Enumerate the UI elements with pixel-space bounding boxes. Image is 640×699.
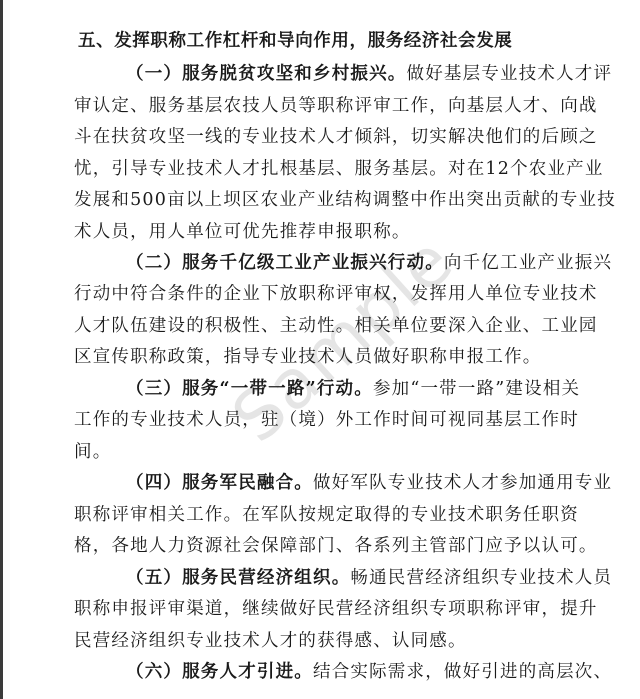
paragraph-2-line-1: 向千亿工业产业振兴 [444,253,612,273]
paragraph-6-first-line: （六）服务人才引进。结合实际需求，做好引进的高层次、 [126,662,612,682]
paragraph-4-line-3: 格，各地人力资源社会保障部门、各系列主管部门应予以认可。 [74,536,598,556]
paragraph-3-label: （三）服务“一带一路”行动。 [126,379,373,399]
paragraph-6-line-1: 结合实际需求，做好引进的高层次、 [313,662,612,682]
paragraph-4-line-1: 做好军队专业技术人才参加通用专业 [313,473,612,493]
paragraph-1-line-1: 做好基层专业技术人才评 [407,64,613,84]
paragraph-2-line-2: 行动中符合条件的企业下放职称评审权，发挥用人单位专业技术 [74,284,598,304]
paragraph-1-line-4: 忧，引导专业技术人才扎根基层、服务基层。对在12个农业产业 [74,159,604,179]
paragraph-5-line-1: 畅通民营经济组织专业技术人员 [350,568,612,588]
page-left-border [0,0,3,699]
paragraph-1-line-3: 斗在扶贫攻坚一线的专业技术人才倾斜，切实解决他们的后顾之 [74,127,598,147]
paragraph-3-line-2: 工作的专业技术人员，驻（境）外工作时间可视同基层工作时 [74,410,579,430]
paragraph-2-first-line: （二）服务千亿级工业产业振兴行动。向千亿工业产业振兴 [126,253,612,273]
paragraph-4-first-line: （四）服务军民融合。做好军队专业技术人才参加通用专业 [126,473,612,493]
paragraph-4-line-2: 职称评审相关工作。在军队按规定取得的专业技术职务任职资 [74,505,579,525]
paragraph-5-line-2: 职称申报评审渠道，继续做好民营经济组织专项职称评审，提升 [74,599,598,619]
paragraph-2-label: （二）服务千亿级工业产业振兴行动。 [126,253,444,273]
paragraph-1-first-line: （一）服务脱贫攻坚和乡村振兴。做好基层专业技术人才评 [126,64,612,84]
paragraph-4-label: （四）服务军民融合。 [126,473,313,493]
paragraph-6-label: （六）服务人才引进。 [126,662,313,682]
paragraph-5-first-line: （五）服务民营经济组织。畅通民营经济组织专业技术人员 [126,568,612,588]
paragraph-1-line-5: 发展和500亩以上坝区农业产业结构调整中作出突出贡献的专业技 [74,190,616,210]
paragraph-2-line-4: 区宣传职称政策，指导专业技术人员做好职称申报工作。 [74,347,542,367]
paragraph-3-first-line: （三）服务“一带一路”行动。参加“一带一路”建设相关 [126,379,580,399]
paragraph-3-line-1: 参加“一带一路”建设相关 [373,379,580,399]
paragraph-1-line-6: 术人员，用人单位可优先推荐申报职称。 [74,222,411,242]
paragraph-5-label: （五）服务民营经济组织。 [126,568,350,588]
paragraph-1-line-2: 审认定、服务基层农技人员等职称评审工作，向基层人才、向战 [74,96,598,116]
paragraph-3-line-3: 间。 [74,442,111,462]
paragraph-5-line-3: 民营经济组织专业技术人才的获得感、认同感。 [74,631,467,651]
paragraph-2-line-3: 人才队伍建设的积极性、主动性。相关单位要深入企业、工业园 [74,316,598,336]
section-heading: 五、发挥职称工作杠杆和导向作用，服务经济社会发展 [78,31,512,51]
paragraph-1-label: （一）服务脱贫攻坚和乡村振兴。 [126,64,407,84]
